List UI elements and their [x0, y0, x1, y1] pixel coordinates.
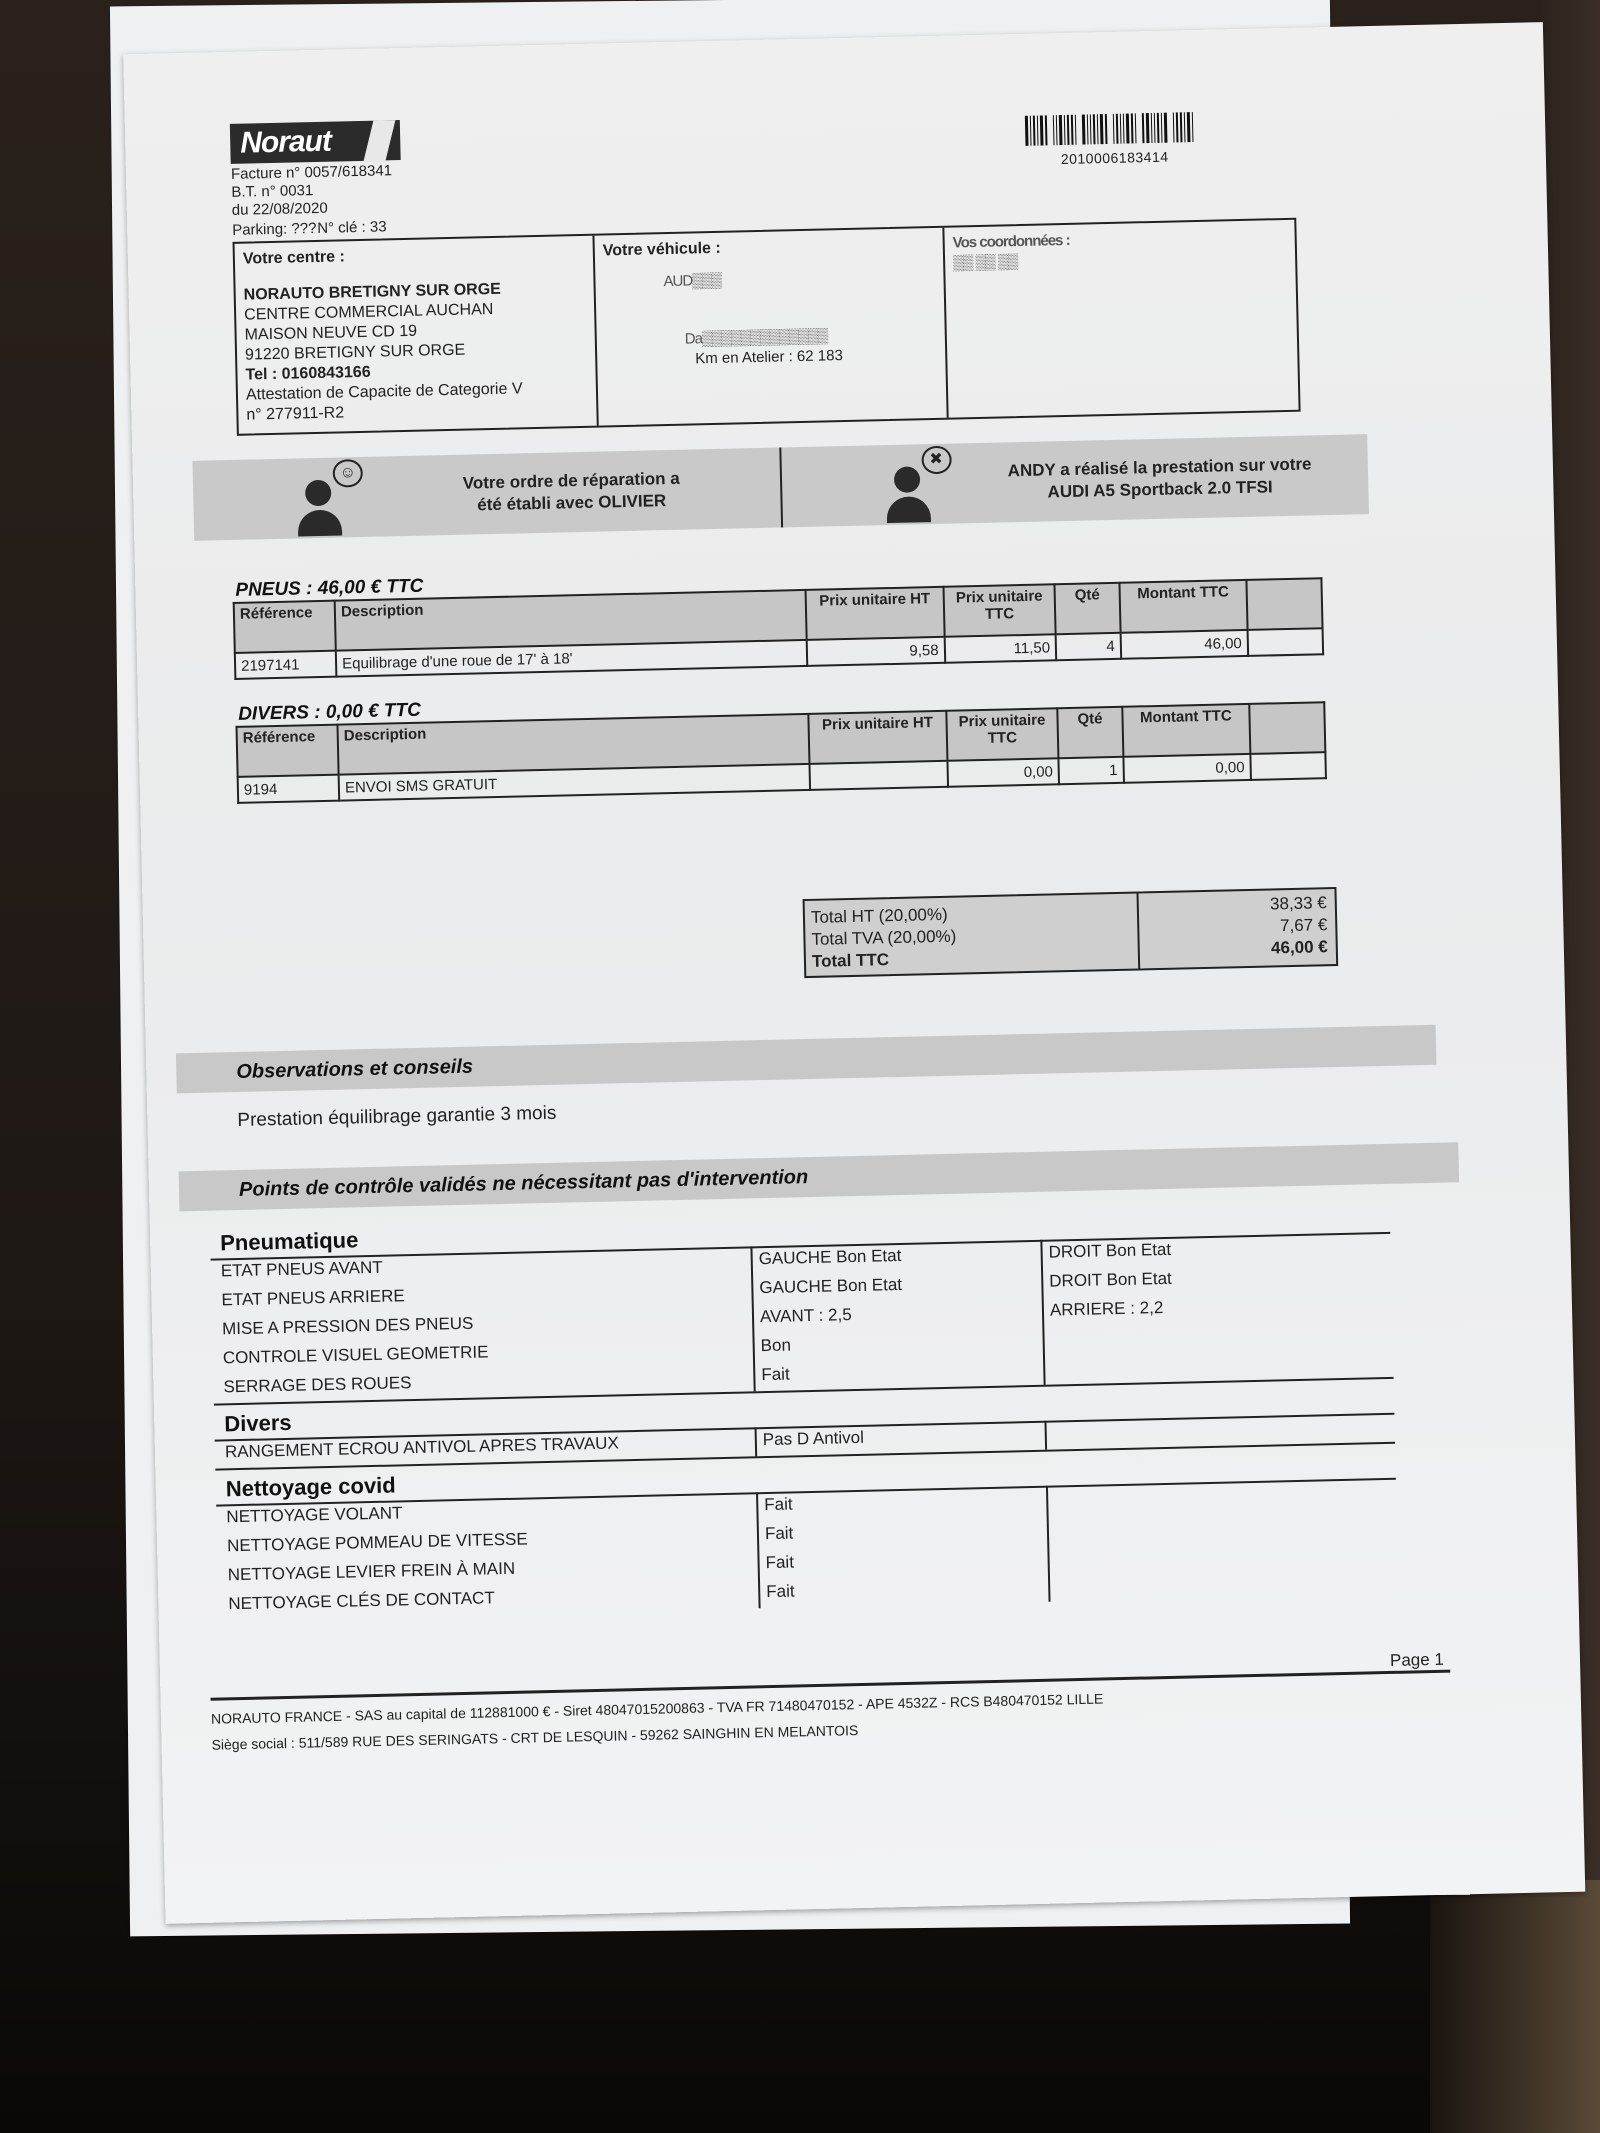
checkpoints-list: PneumatiqueETAT PNEUS AVANTGAUCHE Bon Et… [210, 1205, 1460, 1673]
checkpoint-label: NETTOYAGE VOLANT [226, 1502, 402, 1528]
col-qty: Qté [1057, 707, 1123, 758]
invoice-date: du 22/08/2020 [232, 200, 328, 219]
cell-qty: 4 [1056, 633, 1121, 660]
column-divider [1044, 1421, 1047, 1450]
norauto-logo: Noraut [230, 120, 401, 164]
bt-number: B.T. n° 0031 [231, 182, 313, 201]
technician-panel: ✖ ANDY a réalisé la prestation sur votre… [781, 434, 1369, 527]
checkpoint-value-1: GAUCHE Bon Etat [758, 1245, 901, 1270]
checkpoint-value-1: AVANT : 2,5 [760, 1304, 852, 1328]
totals-values: 38,33 € 7,67 € 46,00 € [1139, 889, 1337, 968]
vehicle-column: Votre véhicule : AUD▒▒▒ Da▒▒▒▒▒▒▒▒▒▒▒▒▒ … [594, 228, 948, 426]
key-number: N° clé : 33 [317, 218, 387, 237]
checkpoint-label: MISE A PRESSION DES PNEUS [222, 1313, 474, 1341]
totals-box: Total HT (20,00%) Total TVA (20,00%) Tot… [803, 887, 1339, 978]
technician-text: ANDY a réalisé la prestation sur votre A… [991, 452, 1368, 505]
cell-qty: 1 [1059, 757, 1124, 784]
cell-total: 0,00 [1123, 754, 1251, 783]
checkpoint-group-title: Pneumatique [220, 1229, 359, 1254]
checkpoint-value-2: DROIT Bon Etat [1048, 1239, 1171, 1264]
checkpoint-value-1: Bon [760, 1334, 791, 1357]
parking: Parking: ??? [232, 220, 317, 239]
checkpoint-value-1: Pas D Antivol [763, 1427, 865, 1451]
checkpoint-label: NETTOYAGE CLÉS DE CONTACT [228, 1587, 495, 1615]
column-divider [1046, 1486, 1051, 1602]
observations-title: Observations et conseils [176, 1025, 1437, 1094]
column-divider [1040, 1240, 1045, 1385]
checkpoint-group-title: Nettoyage covid [226, 1474, 396, 1500]
checkpoints-band: Points de contrôle validés ne nécessitan… [179, 1142, 1460, 1211]
checkpoint-label: ETAT PNEUS AVANT [221, 1257, 383, 1283]
col-pu-ht: Prix unitaire HT [806, 587, 945, 640]
logo-text: Noraut [240, 125, 331, 160]
checkpoint-label: SERRAGE DES ROUES [223, 1372, 411, 1398]
checkpoint-value-1: Fait [765, 1551, 794, 1574]
col-blank [1249, 702, 1325, 754]
invoice-number: Facture n° 0057/618341 [231, 162, 392, 183]
info-box: Votre centre : NORAUTO BRETIGNY SUR ORGE… [232, 218, 1300, 436]
col-blank [1246, 578, 1322, 630]
checkpoint-label: NETTOYAGE POMMEAU DE VITESSE [227, 1529, 528, 1558]
centre-column: Votre centre : NORAUTO BRETIGNY SUR ORGE… [235, 236, 599, 434]
vehicle-model-redacted: AUD▒▒▒ [603, 266, 935, 294]
service-banner: ☺ Votre ordre de réparation a été établi… [192, 434, 1369, 541]
cell-pu-ht: 9,58 [807, 637, 945, 666]
observations-band: Observations et conseils [176, 1025, 1437, 1094]
cell-pu-ttc: 11,50 [944, 634, 1056, 663]
checkpoint-label: ETAT PNEUS ARRIERE [221, 1285, 405, 1311]
checkpoint-value-2: DROIT Bon Etat [1049, 1268, 1172, 1293]
paper-tear [363, 120, 395, 163]
col-reference: Référence [237, 725, 339, 777]
advisor-text: Votre ordre de réparation a été établi a… [403, 466, 780, 519]
col-pu-ht: Prix unitaire HT [808, 711, 947, 764]
cell-pu-ttc: 0,00 [947, 758, 1059, 787]
cell-blank [1250, 752, 1326, 780]
cell-pu-ht [810, 761, 948, 790]
checkpoint-group-title: Divers [224, 1412, 292, 1436]
totals-labels: Total HT (20,00%) Total TVA (20,00%) Tot… [805, 893, 1141, 976]
checkpoints-title: Points de contrôle validés ne nécessitan… [179, 1142, 1460, 1211]
page-number: Page 1 [1390, 1650, 1444, 1671]
wrench-bubble-icon: ✖ [921, 446, 952, 475]
checkpoint-label: NETTOYAGE LEVIER FREIN À MAIN [227, 1558, 515, 1587]
column-divider [750, 1246, 755, 1391]
column-divider [756, 1492, 761, 1608]
advisor-panel: ☺ Votre ordre de réparation a été établi… [192, 447, 782, 540]
barcode-number: 2010006183414 [1061, 149, 1169, 167]
col-pu-ttc: Prix unitaire TTC [946, 708, 1059, 761]
column-divider [755, 1427, 758, 1456]
col-pu-ttc: Prix unitaire TTC [943, 584, 1056, 637]
observations-text: Prestation équilibrage garantie 3 mois [237, 1103, 556, 1132]
col-total: Montant TTC [1122, 704, 1250, 757]
checkpoint-label: CONTROLE VISUEL GEOMETRIE [223, 1341, 489, 1369]
checkpoint-value-1: Fait [765, 1522, 794, 1545]
barcode [1025, 111, 1221, 145]
footer-address: Siège social : 511/589 RUE DES SERINGATS… [211, 1722, 858, 1753]
total-ttc-value: 46,00 € [1148, 936, 1328, 962]
cell-total: 46,00 [1120, 630, 1248, 659]
vehicle-label: Votre véhicule : [603, 234, 935, 262]
col-reference: Référence [234, 601, 336, 653]
checkpoint-value-1: GAUCHE Bon Etat [759, 1274, 902, 1299]
col-qty: Qté [1055, 583, 1121, 634]
cell-blank [1247, 628, 1323, 656]
checkpoint-value-2: ARRIERE : 2,2 [1050, 1297, 1164, 1322]
cell-ref: 9194 [238, 775, 340, 803]
advisor-person-icon: ☺ [302, 459, 364, 536]
col-total: Montant TTC [1119, 580, 1247, 633]
checkpoint-value-1: Fait [764, 1493, 793, 1516]
technician-person-icon: ✖ [891, 446, 953, 523]
checkpoint-value-1: Fait [766, 1580, 795, 1603]
contact-column: Vos coordonnées : ▒▒ ▒▒ ▒▒ [944, 220, 1298, 418]
cell-ref: 2197141 [235, 651, 337, 679]
invoice-page: Noraut Facture n° 0057/618341 B.T. n° 00… [123, 22, 1585, 1924]
checkpoint-value-1: Fait [761, 1364, 790, 1387]
smiley-bubble-icon: ☺ [332, 459, 363, 488]
desk-edge [1430, 1880, 1600, 2133]
